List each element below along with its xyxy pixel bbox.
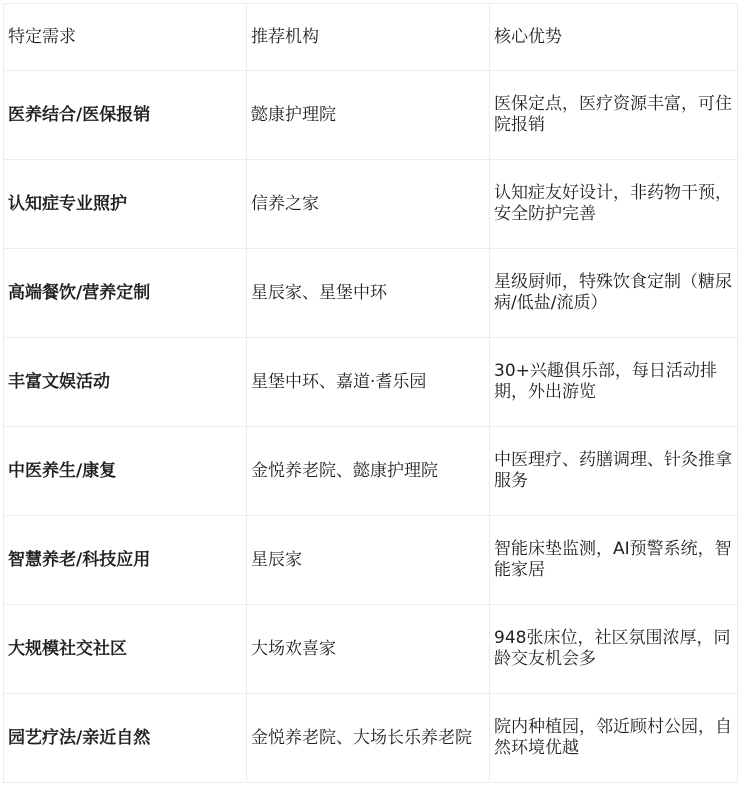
advantage-cell: 智能床垫监测，AI预警系统，智能家居 [490,516,738,605]
recommendation-table: 特定需求 推荐机构 核心优势 医养结合/医保报销 懿康护理院 医保定点，医疗资源… [3,3,738,783]
need-cell: 智慧养老/科技应用 [4,516,247,605]
institution-cell: 星堡中环、嘉道·耆乐园 [247,338,490,427]
advantage-cell: 星级厨师，特殊饮食定制（糖尿病/低盐/流质） [490,249,738,338]
need-cell: 大规模社交社区 [4,605,247,694]
need-cell: 丰富文娱活动 [4,338,247,427]
institution-cell: 大场欢喜家 [247,605,490,694]
advantage-cell: 30+兴趣俱乐部，每日活动排期，外出游览 [490,338,738,427]
advantage-cell: 院内种植园，邻近顾村公园，自然环境优越 [490,694,738,783]
institution-cell: 金悦养老院、大场长乐养老院 [247,694,490,783]
advantage-cell: 中医理疗、药膳调理、针灸推拿服务 [490,427,738,516]
need-cell: 中医养生/康复 [4,427,247,516]
institution-cell: 星辰家 [247,516,490,605]
header-special-need: 特定需求 [4,4,247,71]
advantage-cell: 948张床位，社区氛围浓厚，同龄交友机会多 [490,605,738,694]
table-row: 园艺疗法/亲近自然 金悦养老院、大场长乐养老院 院内种植园，邻近顾村公园，自然环… [4,694,738,783]
need-cell: 医养结合/医保报销 [4,71,247,160]
need-cell: 高端餐饮/营养定制 [4,249,247,338]
table-row: 智慧养老/科技应用 星辰家 智能床垫监测，AI预警系统，智能家居 [4,516,738,605]
table-row: 认知症专业照护 信养之家 认知症友好设计，非药物干预，安全防护完善 [4,160,738,249]
institution-cell: 星辰家、星堡中环 [247,249,490,338]
table-row: 大规模社交社区 大场欢喜家 948张床位，社区氛围浓厚，同龄交友机会多 [4,605,738,694]
advantage-cell: 医保定点，医疗资源丰富，可住院报销 [490,71,738,160]
need-cell: 认知症专业照护 [4,160,247,249]
table-header-row: 特定需求 推荐机构 核心优势 [4,4,738,71]
advantage-cell: 认知症友好设计，非药物干预，安全防护完善 [490,160,738,249]
institution-cell: 金悦养老院、懿康护理院 [247,427,490,516]
need-cell: 园艺疗法/亲近自然 [4,694,247,783]
table-row: 高端餐饮/营养定制 星辰家、星堡中环 星级厨师，特殊饮食定制（糖尿病/低盐/流质… [4,249,738,338]
table-row: 医养结合/医保报销 懿康护理院 医保定点，医疗资源丰富，可住院报销 [4,71,738,160]
institution-cell: 信养之家 [247,160,490,249]
table-row: 丰富文娱活动 星堡中环、嘉道·耆乐园 30+兴趣俱乐部，每日活动排期，外出游览 [4,338,738,427]
institution-cell: 懿康护理院 [247,71,490,160]
table-row: 中医养生/康复 金悦养老院、懿康护理院 中医理疗、药膳调理、针灸推拿服务 [4,427,738,516]
header-recommended-institution: 推荐机构 [247,4,490,71]
header-core-advantage: 核心优势 [490,4,738,71]
